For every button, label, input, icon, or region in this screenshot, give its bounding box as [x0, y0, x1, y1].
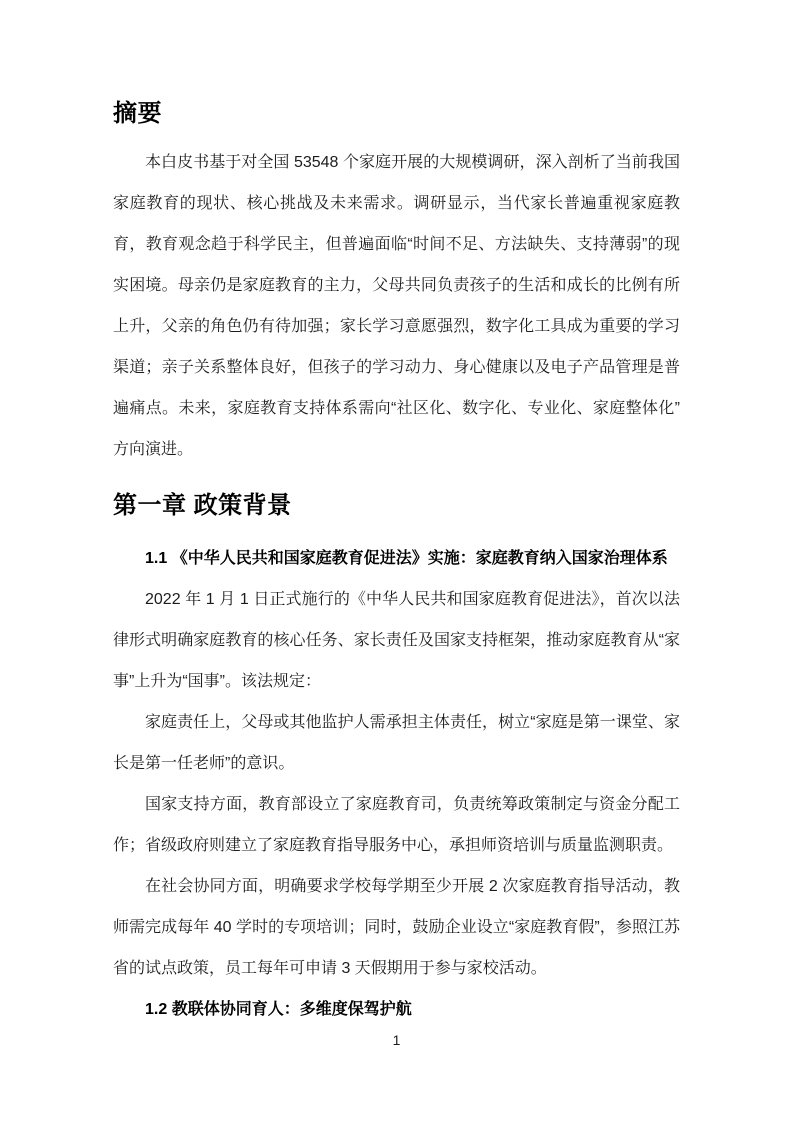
- section-1-1-paragraph-2: 家庭责任上，父母或其他监护人需承担主体责任，树立“家庭是第一课堂、家长是第一任老…: [113, 702, 680, 784]
- section-1-1-heading: 1.1 《中华人民共和国家庭教育促进法》实施：家庭教育纳入国家治理体系: [113, 538, 680, 579]
- abstract-heading: 摘要: [113, 100, 680, 128]
- abstract-paragraph: 本白皮书基于对全国 53548 个家庭开展的大规模调研，深入剖析了当前我国家庭教…: [113, 142, 680, 470]
- section-1-1-paragraph-3: 国家支持方面，教育部设立了家庭教育司，负责统筹政策制定与资金分配工作；省级政府则…: [113, 784, 680, 866]
- section-1-1-paragraph-4: 在社会协同方面，明确要求学校每学期至少开展 2 次家庭教育指导活动，教师需完成每…: [113, 866, 680, 989]
- section-1-2-heading: 1.2 教联体协同育人：多维度保驾护航: [113, 989, 680, 1030]
- section-1-1-paragraph-1: 2022 年 1 月 1 日正式施行的《中华人民共和国家庭教育促进法》，首次以法…: [113, 579, 680, 702]
- chapter-1-heading: 第一章 政策背景: [113, 491, 680, 521]
- document-page: 摘要 本白皮书基于对全国 53548 个家庭开展的大规模调研，深入剖析了当前我国…: [0, 0, 793, 1122]
- page-number: 1: [0, 1031, 793, 1049]
